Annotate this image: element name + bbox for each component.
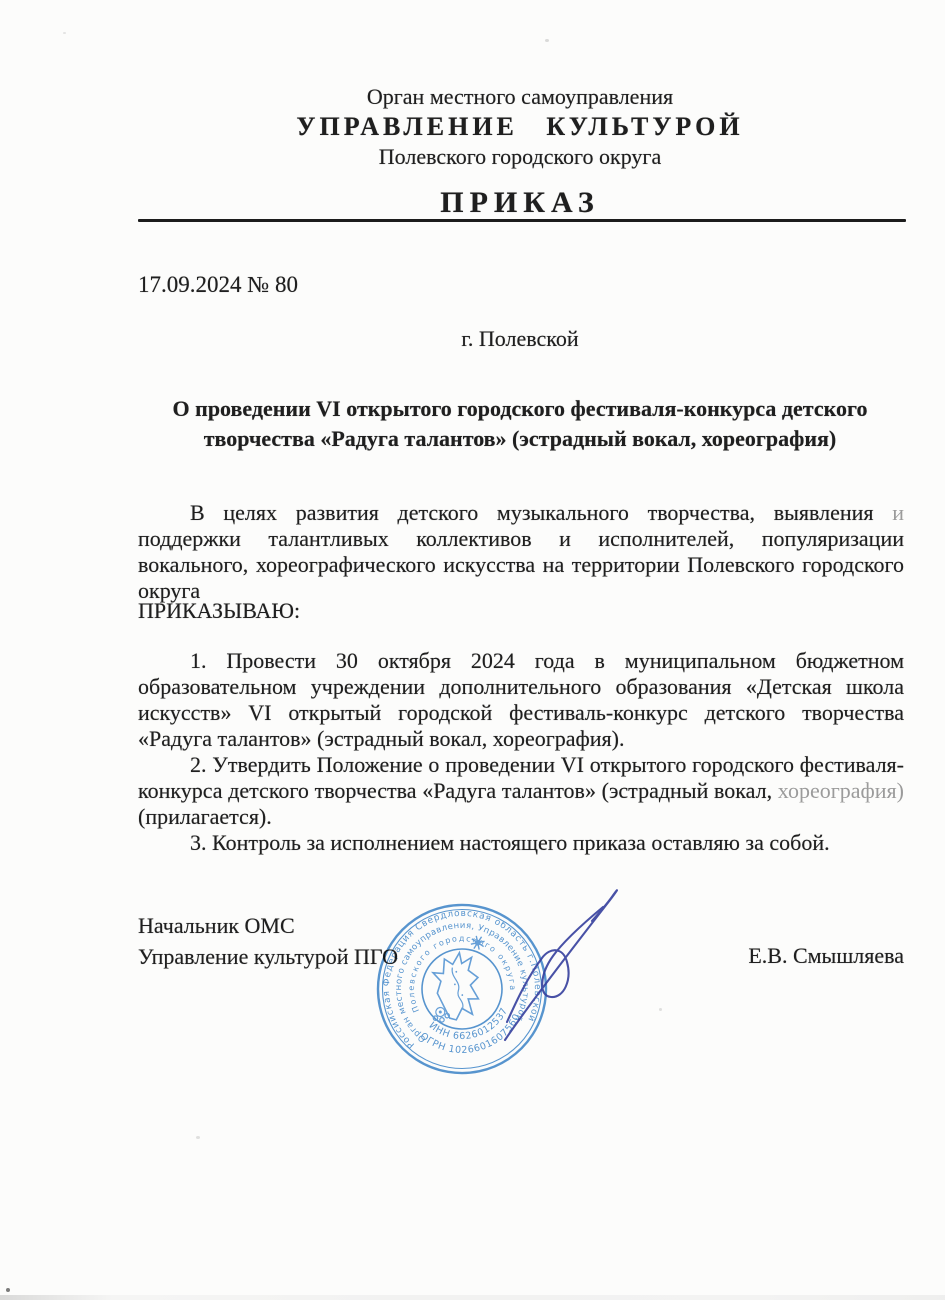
item2-segment-b: (прилагается). bbox=[138, 804, 272, 829]
emblem-banner-shape bbox=[430, 950, 486, 1023]
scan-speck bbox=[63, 32, 66, 34]
scan-speck bbox=[545, 39, 549, 42]
org-authority-line: Орган местного самоуправления bbox=[120, 84, 920, 110]
scan-speck bbox=[659, 1008, 662, 1011]
doc-type-title: ПРИКАЗ bbox=[120, 186, 920, 220]
place-line: г. Полевской bbox=[120, 326, 920, 352]
signer-position-line1: Начальник ОМС bbox=[138, 913, 295, 939]
subject-title: О проведении VI открытого городского фес… bbox=[155, 394, 885, 454]
intro-segment-a: В целях развития детского музыкального т… bbox=[190, 500, 892, 525]
intro-paragraph: В целях развития детского музыкального т… bbox=[138, 500, 904, 604]
order-items: 1. Провести 30 октября 2024 года в муниц… bbox=[138, 648, 904, 856]
date-and-number: 17.09.2024 № 80 bbox=[138, 272, 298, 298]
decree-word: ПРИКАЗЫВАЮ: bbox=[138, 598, 300, 624]
emblem-lizard-squiggle bbox=[451, 967, 463, 1010]
emblem-dot bbox=[461, 994, 463, 996]
scan-speck bbox=[6, 1288, 10, 1292]
scan-bottom-edge bbox=[0, 1295, 945, 1300]
order-item-2: 2. Утвердить Положение о проведении VI о… bbox=[138, 752, 904, 830]
scan-speck bbox=[196, 1136, 200, 1139]
intro-segment-b: поддержки талантливых коллективов и испо… bbox=[138, 526, 904, 603]
separator-rule bbox=[138, 219, 906, 222]
intro-segment-faded: и bbox=[892, 500, 904, 525]
emblem-dot bbox=[454, 983, 456, 985]
order-item-1: 1. Провести 30 октября 2024 года в муниц… bbox=[138, 648, 904, 752]
official-stamp-and-signature: * Российская Федерация Свердловская обла… bbox=[320, 850, 680, 1100]
stamp-svg: * Российская Федерация Свердловская обла… bbox=[320, 850, 680, 1100]
scanned-order-document: Орган местного самоуправления УПРАВЛЕНИЕ… bbox=[0, 0, 945, 1300]
letterhead: Орган местного самоуправления УПРАВЛЕНИЕ… bbox=[120, 84, 920, 170]
emblem-dot bbox=[455, 971, 457, 973]
intro-text: В целях развития детского музыкального т… bbox=[138, 500, 904, 604]
stamp-outer-circle bbox=[362, 889, 561, 1088]
org-district-line: Полевского городского округа bbox=[120, 144, 920, 170]
org-name-line: УПРАВЛЕНИЕ КУЛЬТУРОЙ bbox=[120, 111, 920, 143]
round-stamp: * Российская Федерация Свердловская обла… bbox=[320, 850, 562, 1100]
item2-segment-faded: хореография) bbox=[778, 778, 904, 803]
